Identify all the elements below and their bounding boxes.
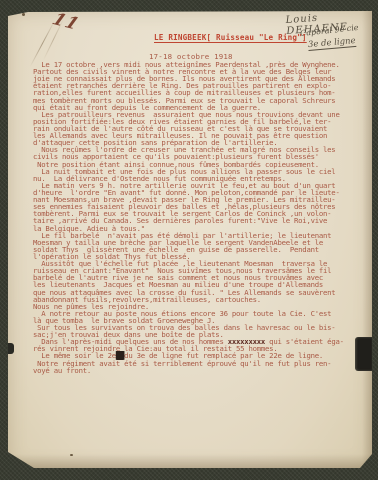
paper-tear-shadow-right	[355, 337, 372, 371]
paper-bottom-shading	[8, 454, 372, 468]
paper-speck	[70, 454, 73, 456]
handwritten-page-number: 11	[49, 10, 83, 35]
paper-nick-left-edge	[6, 343, 14, 354]
testimony-body-text: Le 17 octobre ,vers midi nous atteignîme…	[33, 61, 369, 374]
scan-mount-background: 11 Louis DEHAENE Caporal 9e cie 3e de li…	[0, 0, 378, 480]
paper-speck	[22, 13, 25, 16]
document-title: LE RINGBEEK[ Ruisseau "Le Ring"]	[154, 33, 307, 42]
handwritten-unit-annotation: 3e de ligne	[308, 36, 356, 51]
document-page: 11 Louis DEHAENE Caporal 9e cie 3e de li…	[8, 11, 372, 468]
text-line: voyé au front.	[33, 367, 369, 374]
